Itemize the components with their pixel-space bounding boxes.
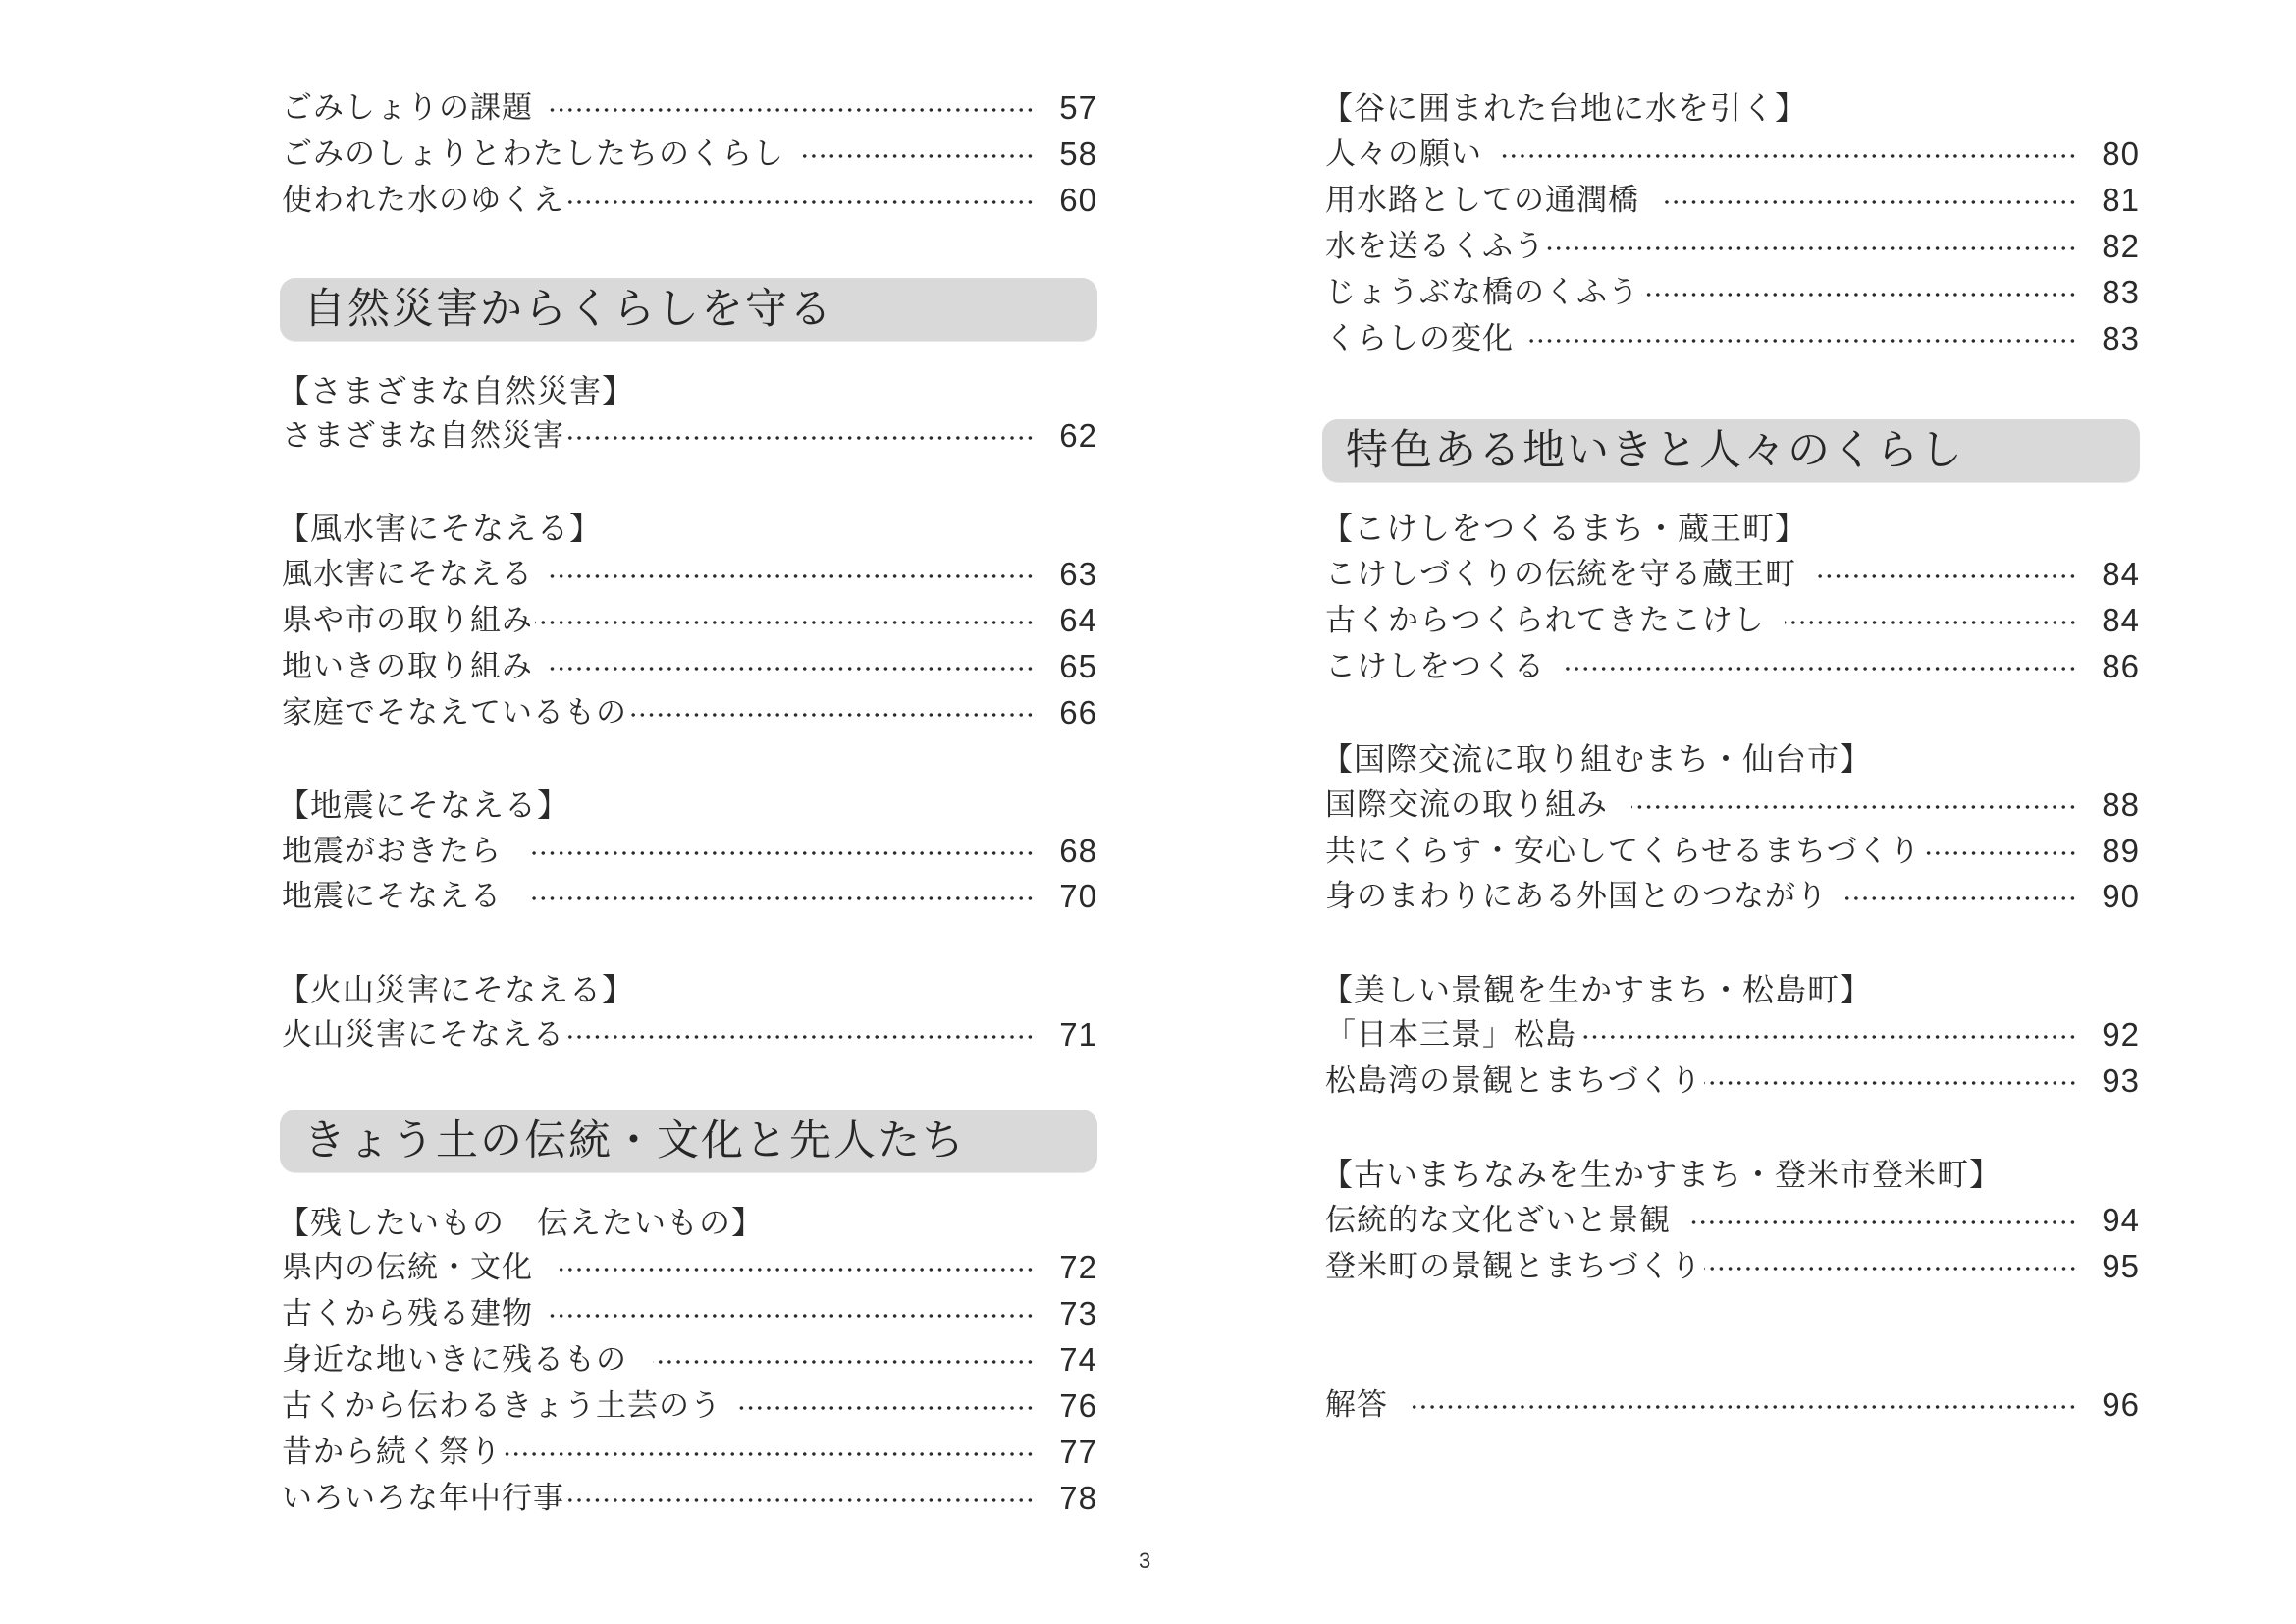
toc-entry[interactable]: じょうぶな橋のくふう 83 <box>1325 270 2140 315</box>
entry-page: 93 <box>2091 1058 2140 1104</box>
toc-entry[interactable]: 家庭でそなえているもの 66 <box>282 690 1097 735</box>
dot-leader <box>1816 574 2077 578</box>
entry-page: 68 <box>1048 829 1097 874</box>
dot-leader <box>1502 154 2077 158</box>
dot-leader <box>1563 667 2077 671</box>
dot-leader <box>1641 293 2077 297</box>
toc-entry[interactable]: 地いきの取り組み 65 <box>282 644 1097 689</box>
toc-entry[interactable]: 地震にそなえる 70 <box>282 874 1097 919</box>
dot-leader <box>629 713 1035 717</box>
entry-page: 83 <box>2091 270 2140 315</box>
entry-page: 82 <box>2091 224 2140 269</box>
dot-leader <box>1704 1081 2077 1085</box>
entry-page: 83 <box>2091 316 2140 361</box>
toc-entry[interactable]: くらしの変化 83 <box>1325 316 2140 361</box>
entry-title: ごみのしょりとわたしたちのくらし <box>282 132 784 177</box>
toc-entry[interactable]: こけしづくりの伝統を守る蔵王町 84 <box>1325 552 2140 597</box>
entry-title: 県内の伝統・文化 <box>282 1245 533 1290</box>
entry-title: ごみしょりの課題 <box>282 85 533 131</box>
dot-leader <box>1843 896 2077 900</box>
dot-leader <box>1547 246 2077 250</box>
entry-page: 94 <box>2091 1198 2140 1243</box>
group-heading: 【こけしをつくるまち・蔵王町】 <box>1321 506 1807 551</box>
dot-leader <box>555 1268 1035 1272</box>
dot-leader <box>535 621 1035 624</box>
toc-entry[interactable]: 用水路としての通潤橋 81 <box>1325 178 2140 223</box>
entry-page: 71 <box>1048 1012 1097 1057</box>
entry-title: じょうぶな橋のくふう <box>1325 270 1639 315</box>
dot-leader <box>566 200 1035 204</box>
toc-entry[interactable]: 伝統的な文化ざいと景観 94 <box>1325 1198 2140 1243</box>
entry-title: 古くから伝わるきょう土芸のう <box>282 1383 721 1429</box>
section-title: 自然災害からくらしを守る <box>303 278 833 341</box>
section-header: きょう土の伝統・文化と先人たち <box>280 1110 1097 1172</box>
toc-entry[interactable]: 県内の伝統・文化 72 <box>282 1245 1097 1290</box>
section-header: 自然災害からくらしを守る <box>280 278 1097 341</box>
entry-title: くらしの変化 <box>1325 316 1514 361</box>
entry-title: 共にくらす・安心してくらせるまちづくり <box>1325 829 1921 874</box>
dot-leader <box>527 896 1035 900</box>
dot-leader <box>1923 851 2077 855</box>
dot-leader <box>1578 1035 2077 1039</box>
entry-title: こけしづくりの伝統を守る蔵王町 <box>1325 552 1796 597</box>
entry-title: こけしをつくる <box>1325 644 1545 689</box>
group-heading: 【残したいもの 伝えたいもの】 <box>278 1200 764 1245</box>
page-number: 3 <box>1139 1548 1150 1574</box>
dot-leader <box>549 667 1035 671</box>
toc-entry[interactable]: 松島湾の景観とまちづくり 93 <box>1325 1058 2140 1104</box>
entry-page: 96 <box>2091 1382 2140 1428</box>
dot-leader <box>566 436 1035 440</box>
entry-title: 身のまわりにある外国とのつながり <box>1325 874 1828 919</box>
dot-leader <box>549 1314 1035 1318</box>
entry-title: 人々の願い <box>1325 132 1482 177</box>
entry-title: 家庭でそなえているもの <box>282 690 627 735</box>
toc-entry[interactable]: いろいろな年中行事 78 <box>282 1476 1097 1521</box>
group-heading: 【さまざまな自然災害】 <box>278 368 634 413</box>
dot-leader <box>1631 805 2077 809</box>
entry-page: 84 <box>2091 598 2140 643</box>
entry-page: 92 <box>2091 1012 2140 1057</box>
dot-leader <box>1529 339 2077 343</box>
dot-leader <box>1704 1267 2077 1271</box>
dot-leader <box>549 108 1035 112</box>
entry-page: 76 <box>1048 1383 1097 1429</box>
dot-leader <box>527 851 1035 855</box>
entry-title: 国際交流の取り組み <box>1325 783 1608 828</box>
toc-entry[interactable]: 風水害にそなえる 63 <box>282 552 1097 597</box>
entry-page: 88 <box>2091 783 2140 828</box>
section-header: 特色ある地いきと人々のくらし <box>1322 419 2140 482</box>
dot-leader <box>1663 200 2077 204</box>
dot-leader <box>566 1498 1035 1502</box>
entry-title: さまざまな自然災害 <box>282 413 564 459</box>
entry-title: 県や市の取り組み <box>282 598 533 643</box>
group-heading: 【古いまちなみを生かすまち・登米市登米町】 <box>1321 1152 2002 1197</box>
entry-title: 火山災害にそなえる <box>282 1012 564 1057</box>
entry-title: 登米町の景観とまちづくり <box>1325 1244 1702 1289</box>
toc-entry[interactable]: 「日本三景」松島 92 <box>1325 1012 2140 1057</box>
entry-page: 74 <box>1048 1337 1097 1382</box>
dot-leader <box>566 1035 1035 1039</box>
entry-title: 解答 <box>1325 1382 1388 1428</box>
group-heading: 【地震にそなえる】 <box>278 783 569 828</box>
entry-page: 89 <box>2091 829 2140 874</box>
toc-entry[interactable]: 身近な地いきに残るもの 74 <box>282 1337 1097 1382</box>
toc-entry[interactable]: 古くから残る建物 73 <box>282 1291 1097 1336</box>
dot-leader <box>1785 621 2077 624</box>
entry-title: 身近な地いきに残るもの <box>282 1337 627 1382</box>
entry-page: 84 <box>2091 552 2140 597</box>
toc-entry[interactable]: ごみしょりの課題 57 <box>282 85 1097 131</box>
entry-title: 水を送るくふう <box>1325 224 1545 269</box>
group-heading: 【国際交流に取り組むまち・仙台市】 <box>1321 736 1872 782</box>
entry-title: 伝統的な文化ざいと景観 <box>1325 1198 1671 1243</box>
entry-page: 66 <box>1048 690 1097 735</box>
entry-title: いろいろな年中行事 <box>282 1476 564 1521</box>
entry-page: 70 <box>1048 874 1097 919</box>
entry-title: 松島湾の景観とまちづくり <box>1325 1058 1702 1104</box>
dot-leader <box>1690 1220 2077 1224</box>
entry-title: 地震にそなえる <box>282 874 502 919</box>
group-heading: 【火山災害にそなえる】 <box>278 967 634 1012</box>
entry-page: 72 <box>1048 1245 1097 1290</box>
toc-entry[interactable]: 県や市の取り組み 64 <box>282 598 1097 643</box>
entry-page: 62 <box>1048 413 1097 459</box>
entry-page: 58 <box>1048 132 1097 177</box>
dot-leader <box>737 1406 1035 1410</box>
toc-entry[interactable]: 登米町の景観とまちづくり 95 <box>1325 1244 2140 1289</box>
entry-title: 古くからつくられてきたこけし <box>1325 598 1765 643</box>
entry-page: 64 <box>1048 598 1097 643</box>
entry-page: 63 <box>1048 552 1097 597</box>
toc-entry[interactable]: 国際交流の取り組み 88 <box>1325 783 2140 828</box>
dot-leader <box>1408 1405 2077 1409</box>
toc-entry[interactable]: 人々の願い 80 <box>1325 132 2140 177</box>
entry-page: 57 <box>1048 85 1097 131</box>
toc-entry[interactable]: ごみのしょりとわたしたちのくらし 58 <box>282 132 1097 177</box>
group-heading: 【谷に囲まれた台地に水を引く】 <box>1321 85 1807 131</box>
entry-page: 90 <box>2091 874 2140 919</box>
entry-page: 78 <box>1048 1476 1097 1521</box>
entry-title: 地いきの取り組み <box>282 644 533 689</box>
section-title: 特色ある地いきと人々のくらし <box>1346 419 1964 482</box>
entry-page: 86 <box>2091 644 2140 689</box>
toc-entry[interactable]: さまざまな自然災害 62 <box>282 413 1097 459</box>
toc-entry[interactable]: 使われた水のゆくえ 60 <box>282 178 1097 223</box>
toc-entry-answers[interactable]: 解答 96 <box>1325 1382 2140 1428</box>
entry-title: 地震がおきたら <box>282 829 502 874</box>
toc-entry[interactable]: 地震がおきたら 68 <box>282 829 1097 874</box>
dot-leader <box>504 1452 1035 1456</box>
entry-title: 用水路としての通潤橋 <box>1325 178 1639 223</box>
toc-entry[interactable]: 水を送るくふう 82 <box>1325 224 2140 269</box>
entry-page: 81 <box>2091 178 2140 223</box>
toc-entry[interactable]: 昔から続く祭り 77 <box>282 1430 1097 1475</box>
entry-title: 「日本三景」松島 <box>1325 1012 1576 1057</box>
entry-page: 77 <box>1048 1430 1097 1475</box>
entry-title: 昔から続く祭り <box>282 1430 502 1475</box>
entry-page: 65 <box>1048 644 1097 689</box>
entry-title: 使われた水のゆくえ <box>282 178 564 223</box>
entry-page: 80 <box>2091 132 2140 177</box>
toc-entry[interactable]: こけしをつくる 86 <box>1325 644 2140 689</box>
entry-title: 風水害にそなえる <box>282 552 533 597</box>
toc-entry[interactable]: 身のまわりにある外国とのつながり 90 <box>1325 874 2140 919</box>
toc-entry[interactable]: 古くから伝わるきょう土芸のう 76 <box>282 1383 1097 1429</box>
dot-leader <box>800 154 1035 158</box>
entry-page: 73 <box>1048 1291 1097 1336</box>
entry-page: 95 <box>2091 1244 2140 1289</box>
toc-entry[interactable]: 古くからつくられてきたこけし 84 <box>1325 598 2140 643</box>
toc-entry[interactable]: 火山災害にそなえる 71 <box>282 1012 1097 1057</box>
toc-entry[interactable]: 共にくらす・安心してくらせるまちづくり 89 <box>1325 829 2140 874</box>
group-heading: 【美しい景観を生かすまち・松島町】 <box>1321 967 1872 1012</box>
entry-page: 60 <box>1048 178 1097 223</box>
dot-leader <box>653 1360 1035 1364</box>
group-heading: 【風水害にそなえる】 <box>278 506 602 551</box>
dot-leader <box>549 574 1035 578</box>
entry-title: 古くから残る建物 <box>282 1291 533 1336</box>
section-title: きょう土の伝統・文化と先人たち <box>303 1110 966 1172</box>
